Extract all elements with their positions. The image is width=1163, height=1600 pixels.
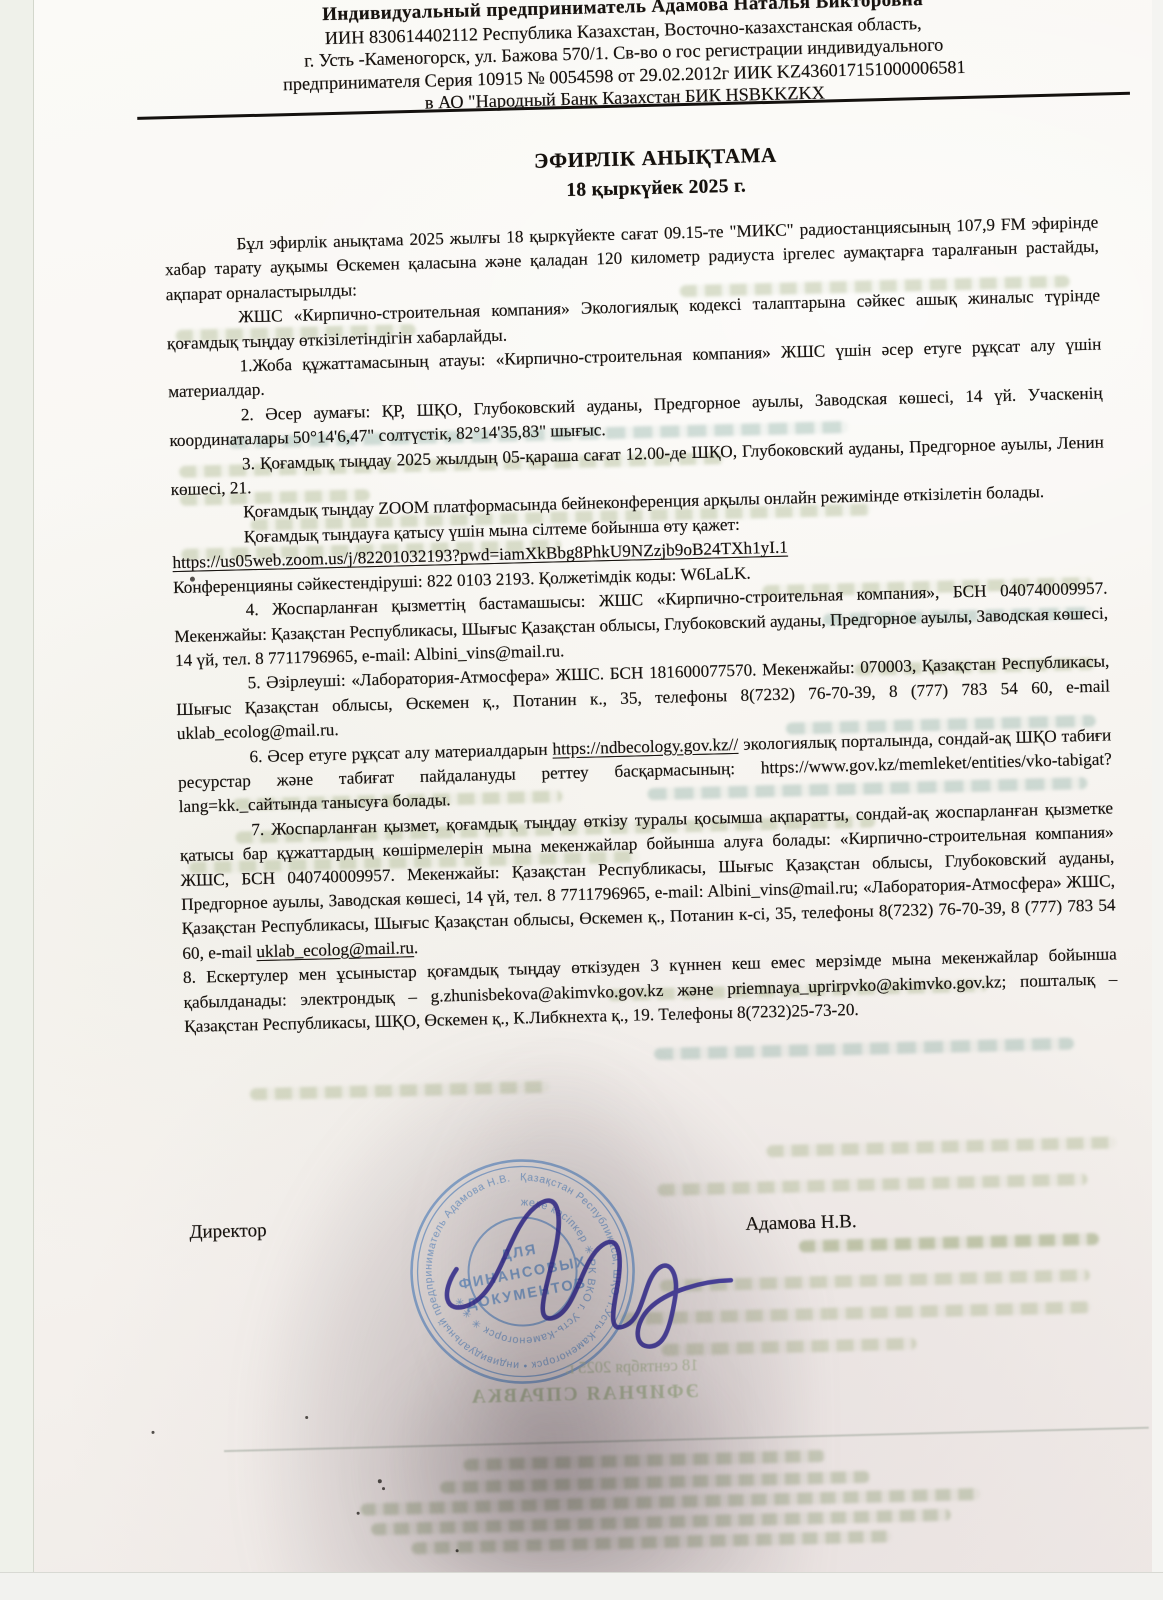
dust-speck bbox=[357, 1512, 360, 1515]
dust-speck bbox=[151, 1431, 154, 1434]
bleedthrough-footer-line bbox=[224, 1427, 1149, 1452]
bleedthrough-footer-stripe bbox=[440, 1471, 870, 1494]
document-content: Индивидуальный предприниматель Адамова Н… bbox=[0, 0, 1163, 1600]
bleedthrough-footer-stripe bbox=[463, 1450, 825, 1471]
dust-speck bbox=[305, 1416, 308, 1419]
scan-edge-left bbox=[0, 0, 34, 1600]
bleedthrough-stripe bbox=[654, 1037, 1074, 1060]
bleedthrough-stripe bbox=[250, 1081, 550, 1101]
uklab-email-link: uklab_ecolog@mail.ru bbox=[256, 938, 414, 961]
ecology-portal-link: https://ndbecology.gov.kz// bbox=[552, 734, 738, 758]
letterhead: Индивидуальный предприниматель Адамова Н… bbox=[132, 0, 1115, 121]
signer-role: Директор bbox=[189, 1220, 267, 1244]
dust-speck bbox=[190, 577, 195, 582]
bleedthrough-mirrored-title: ЭФИРНАЯ СПРАВКА bbox=[469, 1381, 699, 1409]
body-text: Бұл эфирлік анықтама 2025 жылғы 18 қыркү… bbox=[164, 211, 1118, 1040]
signer-name: Адамова Н.В. bbox=[745, 1211, 857, 1236]
paragraph-item7: 7. Жоспарланған қызмет, қоғамдық тыңдау … bbox=[179, 796, 1116, 966]
dust-speck bbox=[378, 1479, 382, 1483]
scanned-document-photo: { "letterhead": { "line1": "Индивидуальн… bbox=[0, 0, 1163, 1600]
dust-speck bbox=[1095, 734, 1098, 737]
title-block: ЭФИРЛІК АНЫҚТАМА 18 қыркүйек 2025 г. bbox=[136, 134, 1117, 213]
bleedthrough-footer-stripe bbox=[411, 1530, 891, 1554]
bleedthrough-mirrored-date: 18 сентября 2025 г. bbox=[565, 1355, 699, 1378]
scan-edge-right bbox=[1152, 0, 1163, 1600]
dust-speck bbox=[456, 1549, 459, 1552]
handwritten-signature bbox=[426, 1166, 761, 1364]
scan-edge-bottom bbox=[0, 1572, 1163, 1600]
dust-speck bbox=[382, 1487, 385, 1490]
bleedthrough-stripe bbox=[766, 1136, 1116, 1157]
